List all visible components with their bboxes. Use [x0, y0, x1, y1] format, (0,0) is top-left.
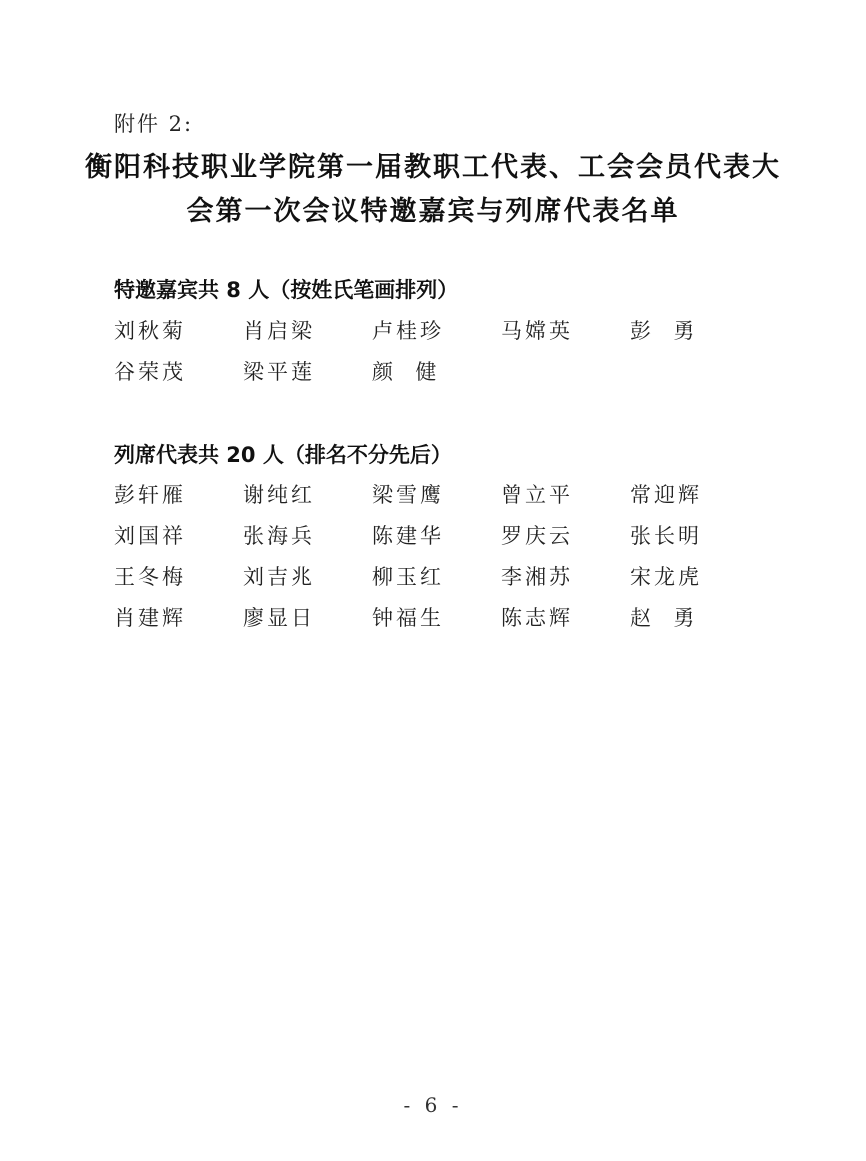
page-number: - 6 - [0, 1093, 866, 1117]
document-title-line-2: 会第一次会议特邀嘉宾与列席代表名单 [0, 189, 866, 228]
delegate-name: 张长明 [630, 520, 740, 550]
guest-name: 卢桂珍 [372, 315, 482, 345]
delegate-name: 曾立平 [501, 479, 611, 509]
delegate-name: 刘吉兆 [243, 561, 353, 591]
delegate-name: 陈志辉 [501, 602, 611, 632]
delegate-name: 梁雪鹰 [372, 479, 482, 509]
delegate-name: 王冬梅 [114, 561, 224, 591]
delegate-name: 廖显日 [243, 602, 353, 632]
guest-name: 马嫦英 [501, 315, 611, 345]
delegate-name: 常迎辉 [630, 479, 740, 509]
delegate-name: 彭轩雁 [114, 479, 224, 509]
delegate-name: 钟福生 [372, 602, 482, 632]
guest-name: 谷荣茂 [114, 356, 224, 386]
attachment-label: 附件 2: [114, 108, 193, 138]
guest-name: 刘秋菊 [114, 315, 224, 345]
document-page: 附件 2: 衡阳科技职业学院第一届教职工代表、工会会员代表大 会第一次会议特邀嘉… [0, 0, 866, 1161]
delegate-name: 罗庆云 [501, 520, 611, 550]
attending-delegates-heading: 列席代表共 20 人（排名不分先后） [114, 439, 452, 469]
guest-name: 颜 健 [372, 356, 482, 386]
delegate-name: 宋龙虎 [630, 561, 740, 591]
delegate-name: 柳玉红 [372, 561, 482, 591]
delegate-name: 李湘苏 [501, 561, 611, 591]
delegate-name: 刘国祥 [114, 520, 224, 550]
special-guests-heading: 特邀嘉宾共 8 人（按姓氏笔画排列） [114, 274, 458, 304]
delegate-name: 谢纯红 [243, 479, 353, 509]
delegate-name: 赵 勇 [630, 602, 740, 632]
guest-name: 彭 勇 [630, 315, 740, 345]
delegate-name: 陈建华 [372, 520, 482, 550]
guest-name: 肖启梁 [243, 315, 353, 345]
document-title-line-1: 衡阳科技职业学院第一届教职工代表、工会会员代表大 [0, 145, 866, 184]
delegate-name: 张海兵 [243, 520, 353, 550]
delegate-name: 肖建辉 [114, 602, 224, 632]
guest-name: 梁平莲 [243, 356, 353, 386]
